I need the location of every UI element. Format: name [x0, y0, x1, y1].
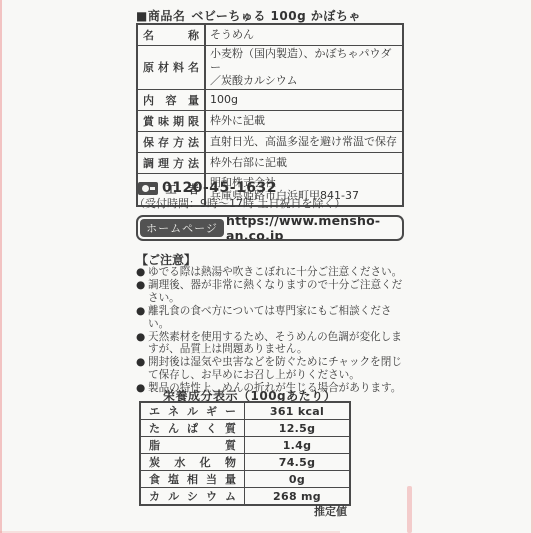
phone-contact-line: 0120-45-1632: [138, 180, 277, 196]
nutrition-value: 361 kcal: [245, 403, 349, 419]
bullet-icon: ●: [136, 356, 148, 382]
row-value: 小麦粉（国内製造）、かぼちゃパウダー ／炭酸カルシウム: [206, 46, 402, 89]
nutrition-label: 食塩相当量: [141, 471, 245, 487]
caution-item: ●離乳食の食べ方については専門家にもご相談ください。: [136, 305, 412, 331]
table-row-cooking: 調理方法 枠外右部に記載: [138, 152, 402, 173]
product-name-header: ■商品名ベビーちゅる 100g かぼちゃ: [136, 7, 361, 24]
table-row-ingredients: 原材料名 小麦粉（国内製造）、かぼちゃパウダー ／炭酸カルシウム: [138, 45, 402, 89]
nutrition-value: 74.5g: [245, 454, 349, 470]
row-value: そうめん: [206, 25, 402, 45]
table-row-name: 名称 そうめん: [138, 25, 402, 45]
nutrition-row-salt: 食塩相当量 0g: [141, 470, 349, 487]
caution-item: ●天然素材を使用するため、そうめんの色調が変化しますが、品質上は問題ありません。: [136, 331, 412, 357]
row-label: 賞味期限: [138, 111, 206, 131]
row-value: 100g: [206, 90, 402, 110]
bullet-icon: ●: [136, 331, 148, 357]
product-name-label: ■商品名: [136, 9, 185, 23]
row-label: 内容量: [138, 90, 206, 110]
bullet-icon: ●: [136, 279, 148, 305]
homepage-badge: ホームページ: [140, 219, 224, 237]
product-info-table: 名称 そうめん 原材料名 小麦粉（国内製造）、かぼちゃパウダー ／炭酸カルシウム…: [136, 23, 404, 207]
row-label: 調理方法: [138, 153, 206, 173]
row-value: 枠外に記載: [206, 111, 402, 131]
table-row-storage: 保存方法 直射日光、高温多湿を避け常温で保存: [138, 131, 402, 152]
row-label: 原材料名: [138, 46, 206, 89]
nutrition-row-energy: エネルギー 361 kcal: [141, 403, 349, 419]
table-row-best-before: 賞味期限 枠外に記載: [138, 110, 402, 131]
free-dial-phone-icon: [138, 182, 158, 195]
nutrition-row-calcium: カルシウム 268 mg: [141, 487, 349, 504]
nutrition-label: 脂質: [141, 437, 245, 453]
bullet-icon: ●: [136, 382, 148, 395]
bullet-icon: ●: [136, 266, 148, 279]
nutrition-value: 1.4g: [245, 437, 349, 453]
homepage-url: https://www.mensho-an.co.jp: [226, 217, 402, 239]
bullet-icon: ●: [136, 305, 148, 331]
row-label: 名称: [138, 25, 206, 45]
nutrition-row-protein: たんぱく質 12.5g: [141, 419, 349, 436]
nutrition-label: カルシウム: [141, 488, 245, 504]
caution-item: ●ゆでる際は熱湯や吹きこぼれに十分ご注意ください。: [136, 266, 412, 279]
table-row-net-content: 内容量 100g: [138, 89, 402, 110]
nutrition-label: 炭水化物: [141, 454, 245, 470]
nutrition-value: 0g: [245, 471, 349, 487]
nutrition-row-carbs: 炭水化物 74.5g: [141, 453, 349, 470]
caution-item: ●調理後、器が非常に熱くなりますので十分ご注意ください。: [136, 279, 412, 305]
scan-artifact-streak: [407, 486, 412, 533]
nutrition-label: エネルギー: [141, 403, 245, 419]
row-value: 直射日光、高温多湿を避け常温で保存: [206, 132, 402, 152]
nutrition-table: エネルギー 361 kcal たんぱく質 12.5g 脂質 1.4g 炭水化物 …: [139, 401, 351, 506]
nutrition-footnote: 推定値: [139, 503, 351, 519]
nutrition-value: 12.5g: [245, 420, 349, 436]
scan-artifact-left-edge: [0, 0, 2, 533]
nutrition-row-fat: 脂質 1.4g: [141, 436, 349, 453]
row-label: 保存方法: [138, 132, 206, 152]
homepage-box: ホームページ https://www.mensho-an.co.jp: [136, 215, 404, 241]
caution-item: ●開封後は湿気や虫害などを防ぐためにチャックを閉じて保存し、お早めにお召し上がり…: [136, 356, 412, 382]
reception-hours: （受付時間：9時〜17時 土日祝日を除く）: [134, 195, 346, 211]
nutrition-value: 268 mg: [245, 488, 349, 504]
nutrition-label: たんぱく質: [141, 420, 245, 436]
product-name-value: ベビーちゅる 100g かぼちゃ: [191, 9, 361, 23]
row-value: 枠外右部に記載: [206, 153, 402, 173]
caution-list: ●ゆでる際は熱湯や吹きこぼれに十分ご注意ください。 ●調理後、器が非常に熱くなり…: [136, 266, 412, 395]
phone-number: 0120-45-1632: [162, 180, 277, 196]
